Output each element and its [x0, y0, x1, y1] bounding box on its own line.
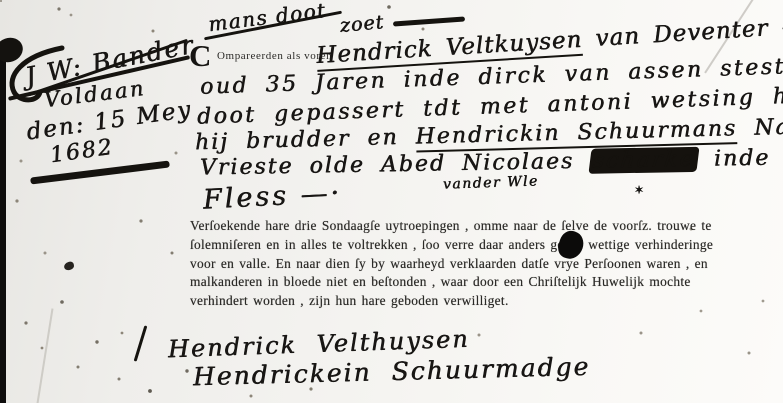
entry-line-1-rest: van Deventer —: [582, 13, 783, 53]
blotted-out-word: scharke: [589, 147, 700, 174]
printed-line-5: verhindert worden , zijn hun hare gebode…: [190, 292, 775, 311]
interlinear-correction: vander Wle: [443, 173, 539, 192]
entry-line-5-post: inde fert: [698, 144, 783, 171]
printed-lead-text: Ompareerden als voren: [217, 50, 332, 62]
ink-dash-stroke: [393, 16, 465, 26]
entry-line-6: Fless —·: [202, 177, 343, 215]
printed-banns-paragraph: Verſoekende hare drie Sondaagſe uytroepi…: [190, 217, 775, 311]
ink-spot: [63, 261, 75, 271]
scan-noise-speckles: [0, 0, 2, 2]
printed-drop-initial: C: [189, 38, 211, 74]
printed-line-1: Verſoekende hare drie Sondaagſe uytroepi…: [190, 217, 775, 236]
entry-line-4-post: Naast: [737, 114, 783, 141]
printed-line-3: voor en valle. En naar dien ſy by waarhe…: [190, 255, 775, 274]
paper-crease: [37, 308, 54, 403]
entry-line-4-pre: hij brudder en: [195, 125, 416, 156]
added-note: zoet: [339, 11, 385, 37]
star-mark: ✶: [634, 183, 644, 197]
printed-line-4: malkanderen in bloede niet en beſtonden …: [190, 273, 775, 292]
printed-line-2: ſolemniſeren en in alles te voltrekken ,…: [190, 236, 775, 255]
signature-slash-stroke: [134, 325, 148, 361]
scanned-marriage-record-page: J W: Bander Voldaan den: 15 Mey 1682 man…: [0, 0, 783, 403]
